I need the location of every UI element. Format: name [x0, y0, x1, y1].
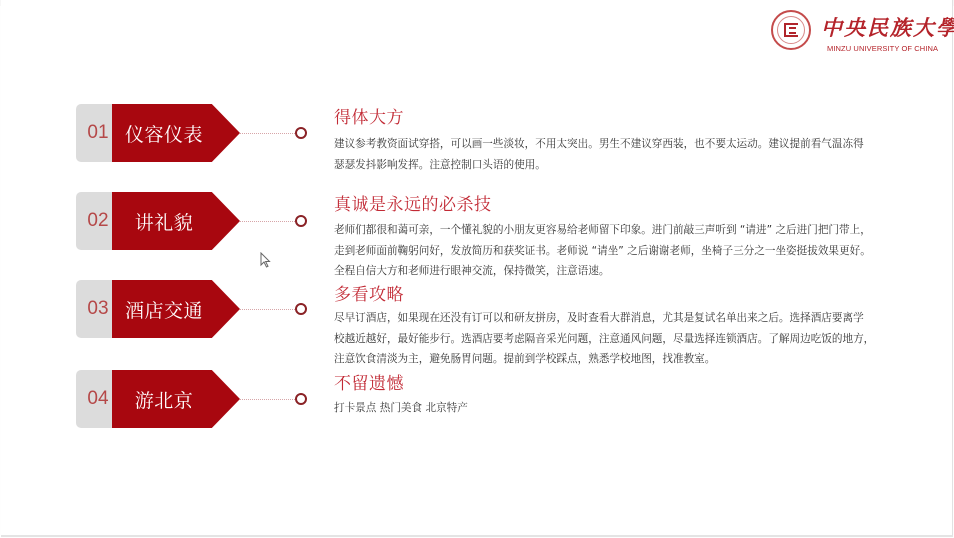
body-line: 走到老师面前鞠躬问好，发放简历和获奖证书。老师说 “请坐” 之后谢谢老师，坐椅子… [334, 241, 929, 262]
item-heading: 得体大方 [334, 103, 404, 128]
connector-line [240, 309, 295, 310]
item-body: 尽早订酒店，如果现在还没有订可以和研友拼房，及时查看大群消息，尤其是复试名单出来… [334, 308, 929, 370]
circle-node-icon [295, 127, 307, 139]
item-label: 仪容仪表 [112, 104, 216, 162]
body-line: 尽早订酒店，如果现在还没有订可以和研友拼房，及时查看大群消息，尤其是复试名单出来… [334, 308, 929, 329]
item-heading: 真诚是永远的必杀技 [334, 190, 492, 215]
item-number: 04 [76, 370, 116, 428]
circle-node-icon [295, 215, 307, 227]
item-number: 01 [76, 104, 116, 162]
connector-line [240, 133, 295, 134]
body-line: 瑟瑟发抖影响发挥。注意控制口头语的使用。 [334, 155, 929, 176]
item-body: 建议参考教资面试穿搭，可以画一些淡妆，不用太突出。男生不建议穿西装，也不要太运动… [334, 134, 929, 175]
mouse-pointer-icon [260, 252, 271, 268]
connector-line [240, 399, 295, 400]
item-number: 03 [76, 280, 116, 338]
body-line: 注意饮食清淡为主，避免肠胃问题。提前到学校踩点，熟悉学校地图，找准教室。 [334, 349, 929, 370]
item-number: 02 [76, 192, 116, 250]
body-line: 打卡景点 热门美食 北京特产 [334, 398, 929, 419]
university-logo: 中央民族大學 MINZU UNIVERSITY OF CHINA [771, 8, 946, 56]
logo-name-cn: 中央民族大學 [821, 12, 954, 42]
circle-node-icon [295, 303, 307, 315]
logo-name-en: MINZU UNIVERSITY OF CHINA [827, 44, 938, 53]
slide: 中央民族大學 MINZU UNIVERSITY OF CHINA 01 仪容仪表… [1, 0, 953, 537]
body-line: 校越近越好，最好能步行。选酒店要考虑隔音采光问题，注意通风问题，尽量选择连锁酒店… [334, 329, 929, 350]
item-body: 老师们都很和蔼可亲，一个懂礼貌的小朋友更容易给老师留下印象。进门前敲三声听到 “… [334, 220, 929, 282]
item-label: 游北京 [112, 370, 216, 428]
item-body: 打卡景点 热门美食 北京特产 [334, 398, 929, 419]
item-heading: 不留遗憾 [334, 369, 404, 394]
connector-line [240, 221, 295, 222]
item-label: 讲礼貌 [112, 192, 216, 250]
body-line: 全程自信大方和老师进行眼神交流，保持微笑，注意语速。 [334, 261, 929, 282]
body-line: 建议参考教资面试穿搭，可以画一些淡妆，不用太突出。男生不建议穿西装，也不要太运动… [334, 134, 929, 155]
item-heading: 多看攻略 [334, 280, 404, 305]
item-label: 酒店交通 [112, 280, 216, 338]
circle-node-icon [295, 393, 307, 405]
body-line: 老师们都很和蔼可亲，一个懂礼貌的小朋友更容易给老师留下印象。进门前敲三声听到 “… [334, 220, 929, 241]
university-seal-icon [771, 10, 811, 50]
